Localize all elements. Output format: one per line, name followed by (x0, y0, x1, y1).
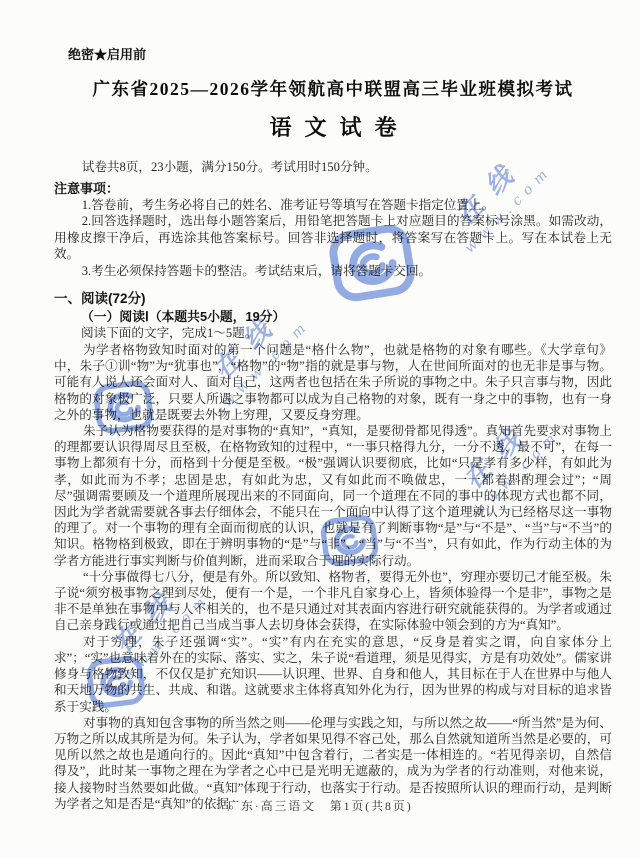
reading-instruction: 阅读下面的文字，完成1～5题。 (81, 325, 612, 342)
subsection-heading-reading-1: （一）阅读Ⅰ（本题共5小题，19分） (81, 308, 612, 325)
page-footer: 广东·高三语文 第1页(共8页) (0, 797, 640, 814)
page-content: 绝密★启用前 广东省2025—2026学年领航高中联盟高三毕业班模拟考试 语文试… (54, 44, 612, 812)
article-paragraph-3: “十分事做得七八分，便是有外。所以致知、格物者，要得无外也”，穷理亦要切己才能至… (54, 569, 612, 634)
exam-subtitle: 语文试卷 (54, 111, 612, 142)
notice-item-1: 1.答卷前，考生务必将自己的姓名、准考证号等填写在答题卡指定位置上。 (54, 197, 612, 213)
exam-paper-page: 绝密★启用前 广东省2025—2026学年领航高中联盟高三毕业班模拟考试 语文试… (0, 0, 640, 858)
article-paragraph-2: 朱子认为格物要获得的是对事物的“真知”，“真知，是要彻骨都见得透”。真知首先要求… (54, 423, 612, 569)
exam-info: 试卷共8页，23小题，满分150分。考试用时150分钟。 (54, 159, 612, 176)
notice-item-2: 2.回答选择题时，选出每小题答案后，用铅笔把答题卡上对应题目的答案标号涂黑。如需… (54, 213, 612, 262)
exam-title: 广东省2025—2026学年领航高中联盟高三毕业班模拟考试 (54, 76, 612, 101)
security-label: 绝密★启用前 (68, 44, 612, 63)
notice-item-3: 3.考生必须保持答题卡的整洁。考试结束后，请将答题卡交回。 (54, 263, 612, 279)
article-paragraph-4: 对于穷理，朱子还强调“实”。“实”有内在充实的意思，“反身是着实之谓，向自家体分… (54, 634, 612, 715)
notice-heading: 注意事项： (54, 180, 612, 197)
section-heading-reading: 一、阅读(72分) (54, 290, 612, 308)
article-paragraph-1: 为学者格物致知时面对的第一个问题是“格什么物”，也就是格物的对象有哪些。《大学章… (54, 342, 612, 423)
